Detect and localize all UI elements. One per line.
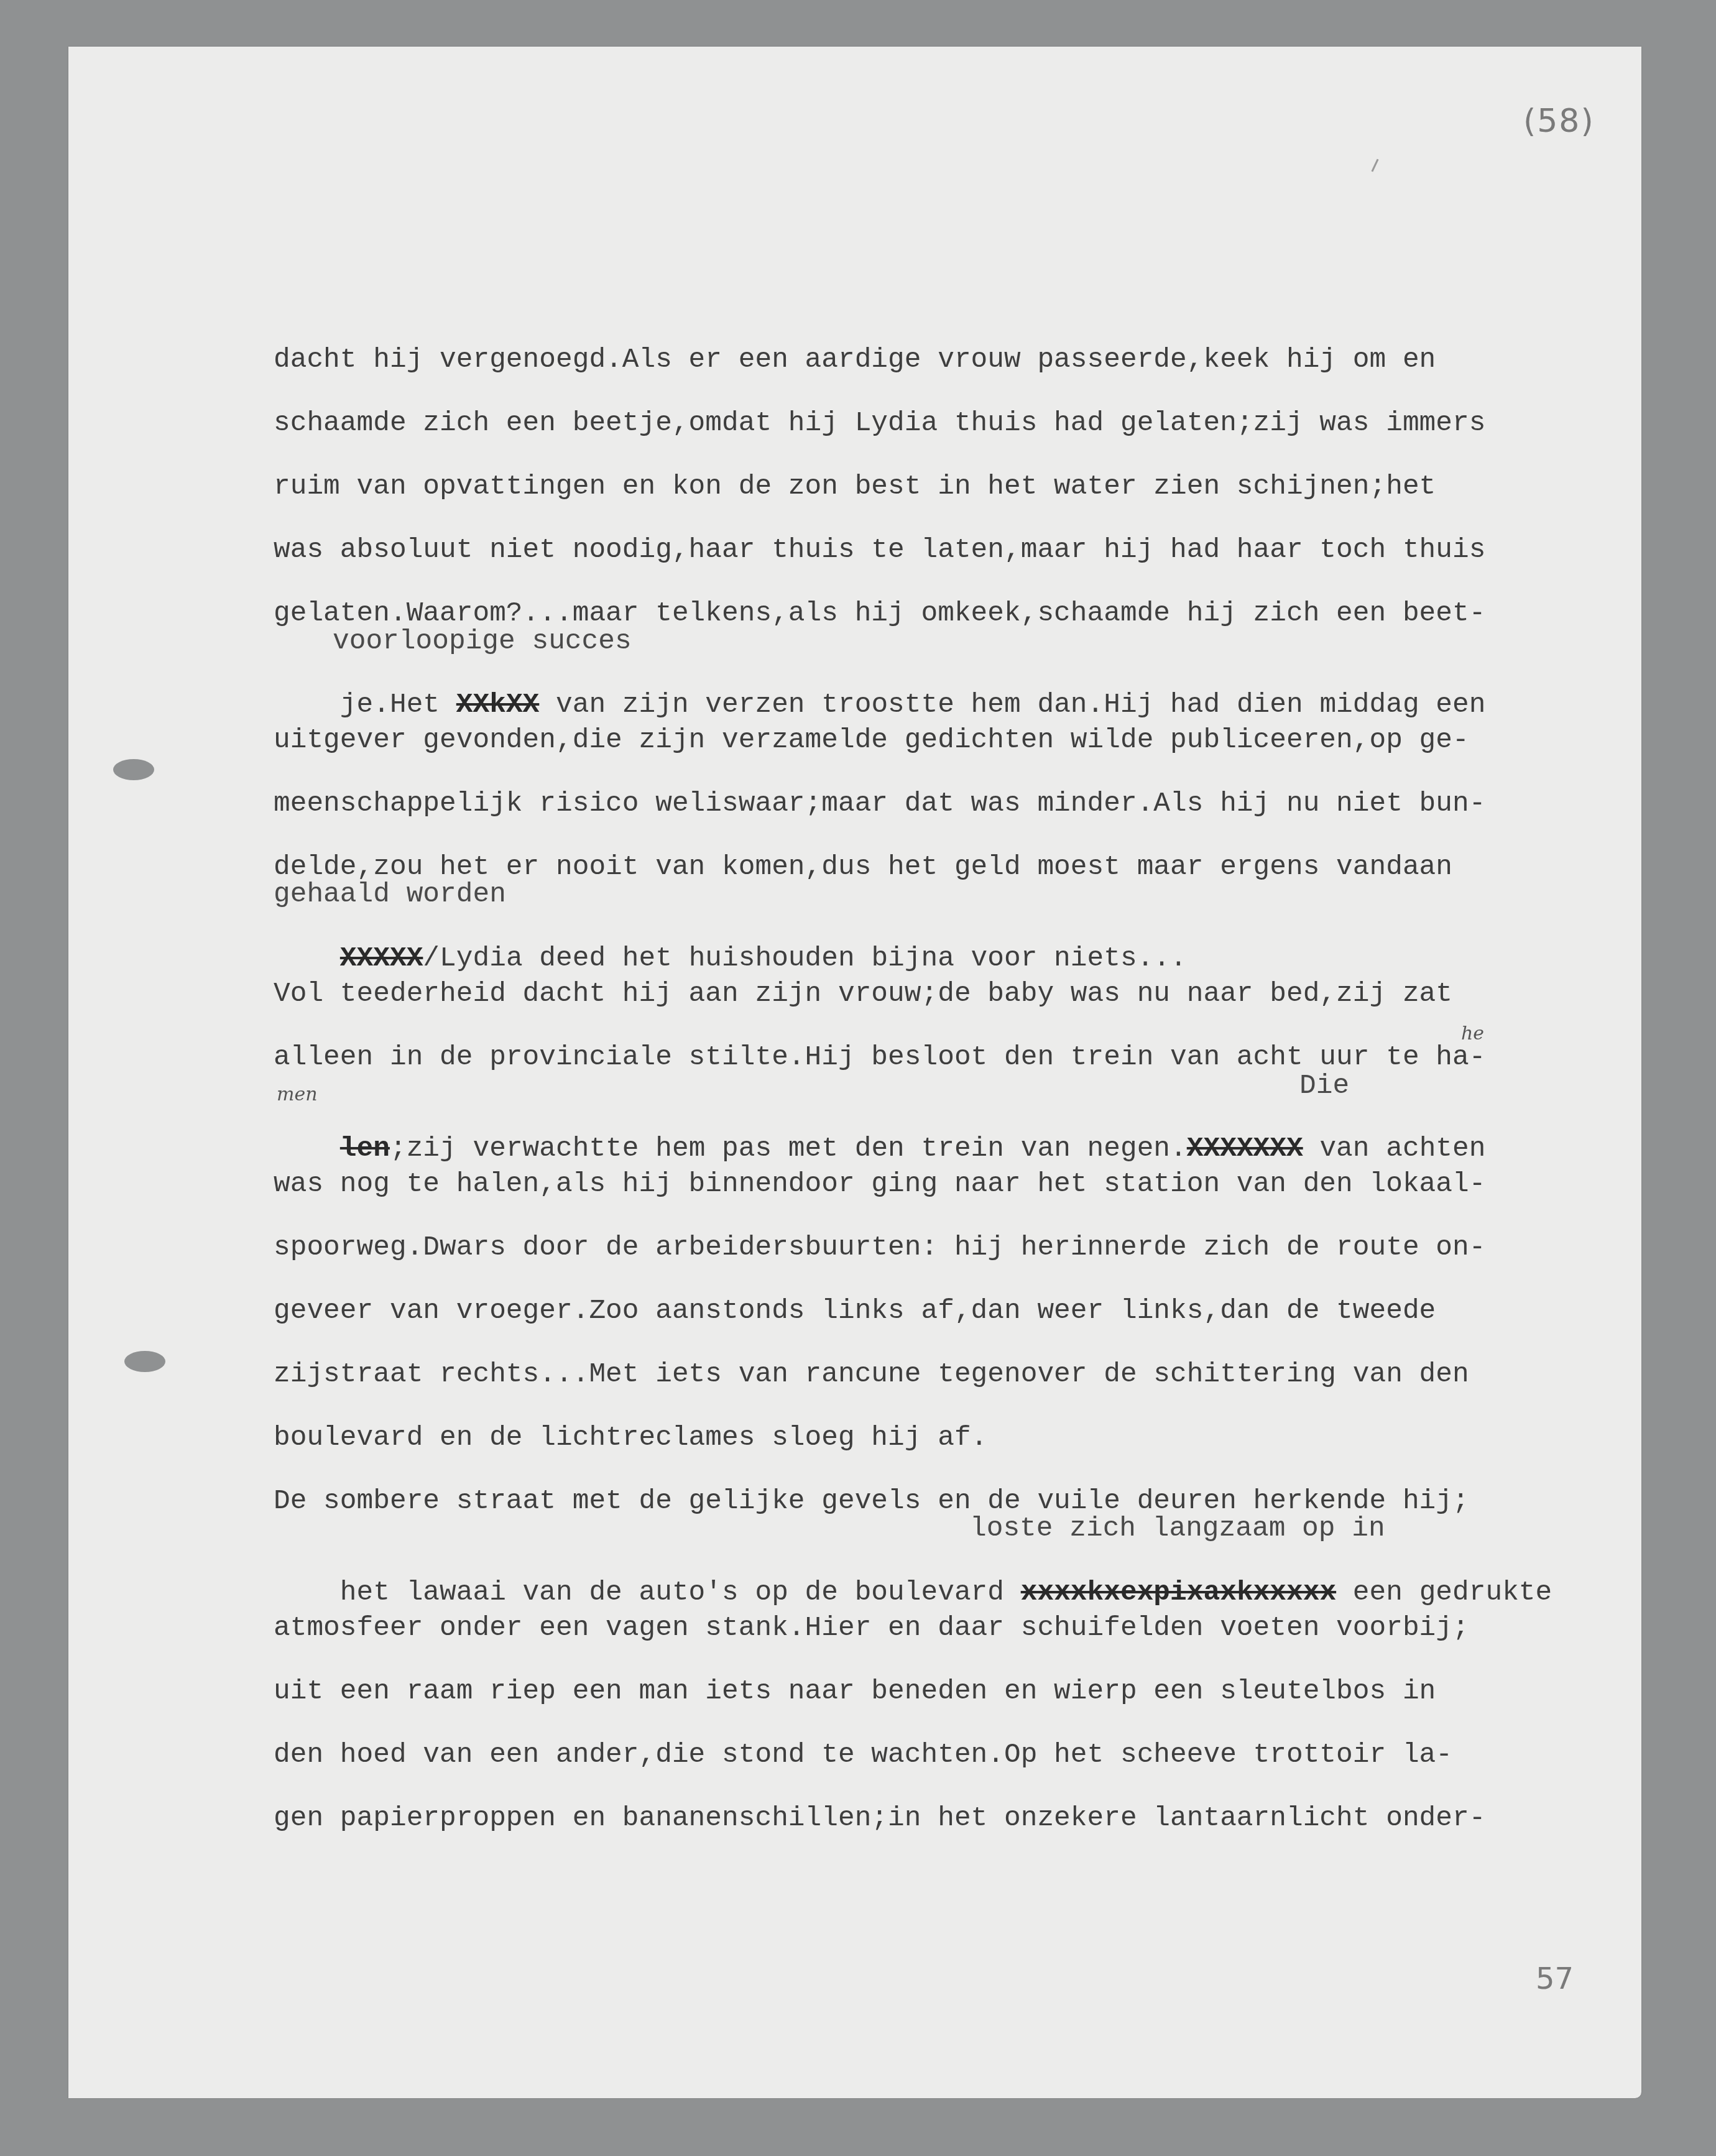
handwritten-correction: men (277, 1084, 318, 1105)
text-line: spoorweg.Dwars door de arbeidersbuurten:… (274, 1234, 1485, 1262)
text-line: delde,zou het er nooit van komen,dus het… (274, 854, 1452, 882)
punch-hole-bottom (124, 1351, 165, 1372)
text-line: dacht hij vergenoegd.Als er een aardige … (274, 346, 1436, 374)
text-segment: van achten (1303, 1133, 1486, 1164)
struck-out-text: XXkXX (456, 689, 540, 721)
text-segment: van zijn verzen troostte hem dan.Hij had… (539, 689, 1485, 721)
text-line: den hoed van een ander,die stond te wach… (274, 1741, 1452, 1769)
text-line: schaamde zich een beetje,omdat hij Lydia… (274, 410, 1485, 438)
text-line: boulevard en de lichtreclames sloeg hij … (274, 1424, 987, 1452)
text-segment: een gedrukte (1336, 1577, 1552, 1608)
interlinear-insertion: loste zich langzaam op in (970, 1515, 1385, 1543)
text-line: atmosfeer onder een vagen stank.Hier en … (274, 1615, 1469, 1642)
text-line: meenschappelijk risico weliswaar;maar da… (274, 790, 1485, 818)
text-line: ruim van opvattingen en kon de zon best … (274, 473, 1436, 501)
interlinear-insertion: Die (1299, 1072, 1349, 1100)
pencil-page-number: (58) (1523, 103, 1595, 140)
struck-out-text: XXXXXXX (1187, 1133, 1303, 1164)
text-segment: je.Het (340, 689, 456, 721)
text-line: zijstraat rechts...Met iets van rancune … (274, 1361, 1469, 1389)
text-line: gen papierproppen en bananenschillen;in … (274, 1805, 1485, 1833)
text-line: geveer van vroeger.Zoo aanstonds links a… (274, 1297, 1436, 1325)
interlinear-insertion: gehaald worden (274, 881, 506, 909)
interlinear-insertion: voorloopige succes (333, 628, 632, 656)
punch-hole-top (113, 759, 154, 780)
struck-out-text: len (340, 1133, 390, 1164)
handwritten-correction: he (1461, 1023, 1484, 1044)
text-line: uit een raam riep een man iets naar bene… (274, 1678, 1436, 1706)
text-segment: het lawaai van de auto's op de boulevard (340, 1577, 1021, 1608)
typescript-page: (58) 57 dacht hij vergenoegd.Als er een … (68, 47, 1641, 2098)
text-line: alleen in de provinciale stilte.Hij besl… (274, 1044, 1485, 1072)
text-line: gelaten.Waarom?...maar telkens,als hij o… (274, 600, 1485, 628)
text-line: De sombere straat met de gelijke gevels … (274, 1488, 1469, 1516)
text-segment: /Lydia deed het huishouden bijna voor ni… (423, 943, 1186, 974)
text-line: uitgever gevonden,die zijn verzamelde ge… (274, 727, 1469, 755)
pencil-mark (1371, 159, 1378, 172)
text-line: was absoluut niet noodig,haar thuis te l… (274, 537, 1485, 564)
pencil-folio-number: 57 (1536, 1961, 1574, 1996)
text-segment: ;zij verwachtte hem pas met den trein va… (390, 1133, 1187, 1164)
text-line: was nog te halen,als hij binnendoor ging… (274, 1171, 1485, 1199)
text-line: Vol teederheid dacht hij aan zijn vrouw;… (274, 980, 1452, 1008)
struck-out-text: XXXXX (340, 943, 423, 974)
struck-out-text: xxxxkxexpixaxkxxxxx (1021, 1577, 1336, 1608)
